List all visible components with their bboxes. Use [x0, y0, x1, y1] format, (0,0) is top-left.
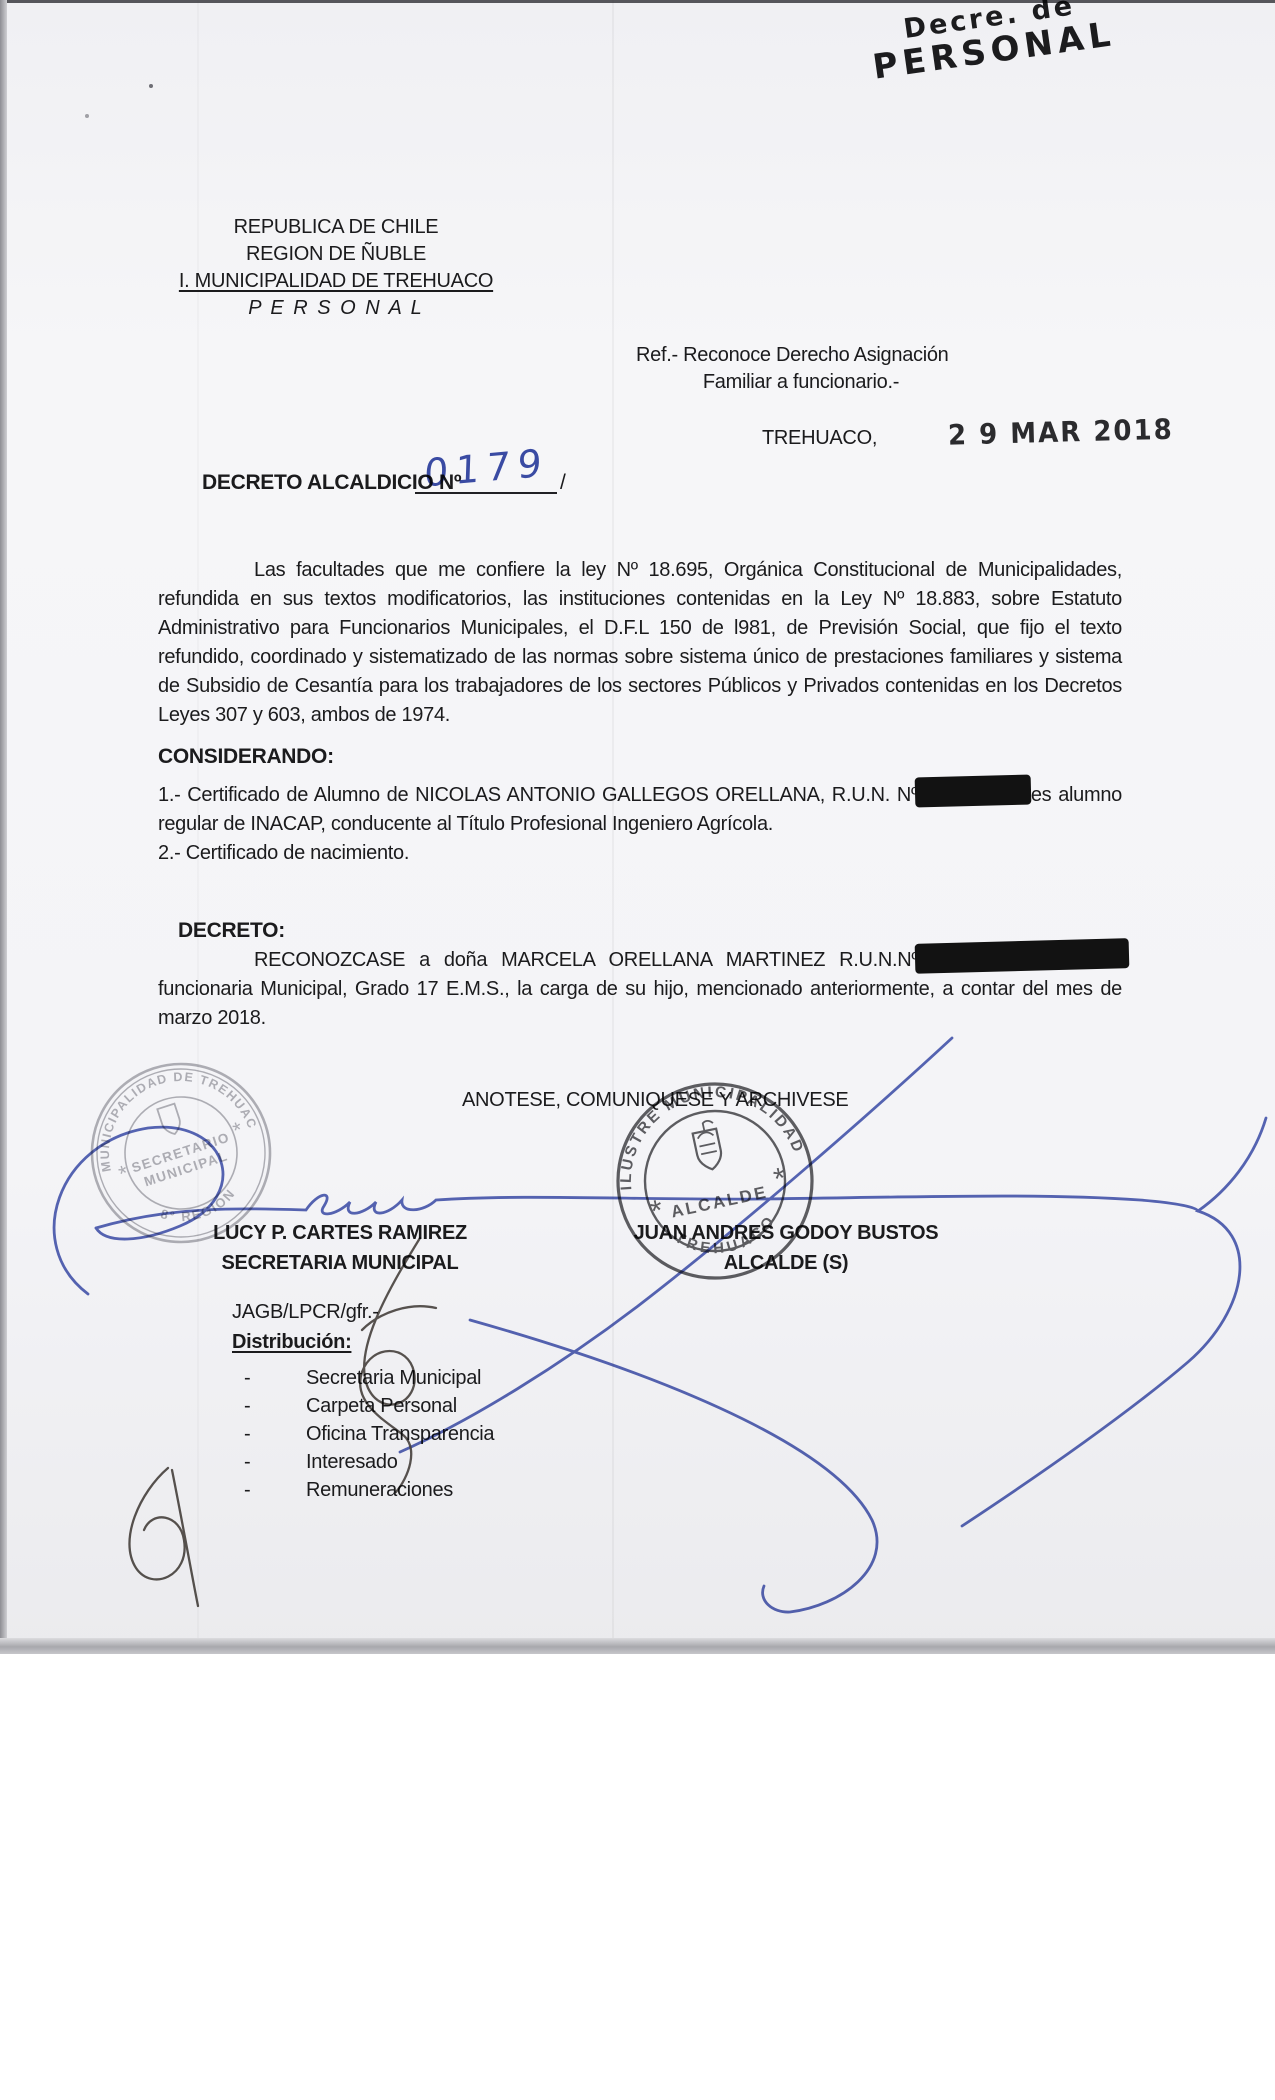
redaction-box	[915, 938, 1129, 974]
decreto-body-text: RECONOZCASE a doña MARCELA ORELLANA MART…	[254, 949, 918, 971]
list-item: -Oficina Transparencia	[240, 1420, 660, 1448]
list-item: -Carpeta Personal	[240, 1392, 660, 1420]
considerando-item-1: 1.- Certificado de Alumno de NICOLAS ANT…	[158, 781, 1122, 839]
scan-left-edge	[0, 0, 7, 1652]
date-stamp: 2 9 MAR 2018	[948, 414, 1174, 452]
alcalde-seal: ILUSTRE MUNICIPALIDAD TREHUACO ALCALDE *…	[612, 1078, 818, 1284]
list-dash: -	[240, 1448, 306, 1476]
paper-bottom-edge	[0, 1638, 1275, 1654]
list-dash: -	[240, 1364, 306, 1392]
scan-speck	[149, 84, 153, 88]
preamble-paragraph: Las facultades que me confiere la ley Nº…	[158, 556, 1122, 730]
list-item: -Remuneraciones	[240, 1476, 660, 1504]
decree-number-slash: /	[560, 468, 566, 497]
coat-of-arms-icon	[157, 1104, 183, 1137]
decreto-paragraph: RECONOZCASE a doña MARCELA ORELLANA MART…	[158, 946, 1122, 1033]
coat-of-arms-icon	[691, 1119, 725, 1171]
letterhead: REPUBLICA DE CHILE REGION DE ÑUBLE I. MU…	[140, 214, 532, 322]
left-signer-title: SECRETARIA MUNICIPAL	[165, 1248, 515, 1278]
list-item-label: Carpeta Personal	[306, 1392, 457, 1420]
considerando-item-2: 2.- Certificado de nacimiento.	[158, 839, 1122, 868]
letterhead-country: REPUBLICA DE CHILE	[140, 214, 532, 241]
list-dash: -	[240, 1392, 306, 1420]
list-item: -Secretaria Municipal	[240, 1364, 660, 1392]
seal-star-left: *	[648, 1194, 667, 1229]
seal-center-title: ALCALDE	[669, 1182, 770, 1221]
list-item-label: Remuneraciones	[306, 1476, 453, 1504]
svg-text:8° REGION: 8° REGION	[155, 1183, 242, 1234]
considerando-heading: CONSIDERANDO:	[158, 742, 334, 771]
decreto-heading: DECRETO:	[178, 916, 285, 945]
reference-line-1: Ref.- Reconoce Derecho Asignación	[636, 342, 1006, 369]
considerando-section: 1.- Certificado de Alumno de NICOLAS ANT…	[158, 781, 1122, 868]
secretaria-seal: I. MUNICIPALIDAD DE TREHUACO 8° REGION S…	[86, 1058, 276, 1248]
letterhead-region: REGION DE ÑUBLE	[140, 241, 532, 268]
redaction-box	[915, 774, 1032, 807]
scanned-decree-page: Decre. de PERSONAL REPUBLICA DE CHILE RE…	[0, 0, 1275, 2100]
considerando-item-1-text: 1.- Certificado de Alumno de NICOLAS ANT…	[158, 784, 918, 806]
redacted-run-official: 11.901035-7	[918, 946, 1122, 975]
place-label: TREHUACO,	[762, 424, 877, 453]
reference-line-2: Familiar a funcionario.-	[636, 369, 966, 396]
scan-speck	[85, 114, 89, 118]
list-item-label: Oficina Transparencia	[306, 1420, 494, 1448]
redacted-run-student: 12122132-K	[918, 781, 1024, 810]
seal-star-right: *	[771, 1162, 790, 1197]
list-dash: -	[240, 1420, 306, 1448]
list-item: -Interesado	[240, 1448, 660, 1476]
initials-line: JAGB/LPCR/gfr.-	[232, 1298, 379, 1327]
seal-arc-bottom: 8° REGION	[155, 1183, 242, 1234]
list-dash: -	[240, 1476, 306, 1504]
list-item-label: Secretaria Municipal	[306, 1364, 481, 1392]
decreto-body-tail: funcionaria Municipal, Grado 17 E.M.S., …	[158, 978, 1122, 1029]
reference-block: Ref.- Reconoce Derecho Asignación Famili…	[636, 342, 1006, 396]
list-item-label: Interesado	[306, 1448, 398, 1476]
distribution-heading: Distribución:	[232, 1328, 351, 1357]
letterhead-department: P E R S O N A L	[140, 295, 532, 322]
distribution-list: -Secretaria Municipal -Carpeta Personal …	[240, 1364, 660, 1504]
letterhead-municipality: I. MUNICIPALIDAD DE TREHUACO	[140, 268, 532, 295]
